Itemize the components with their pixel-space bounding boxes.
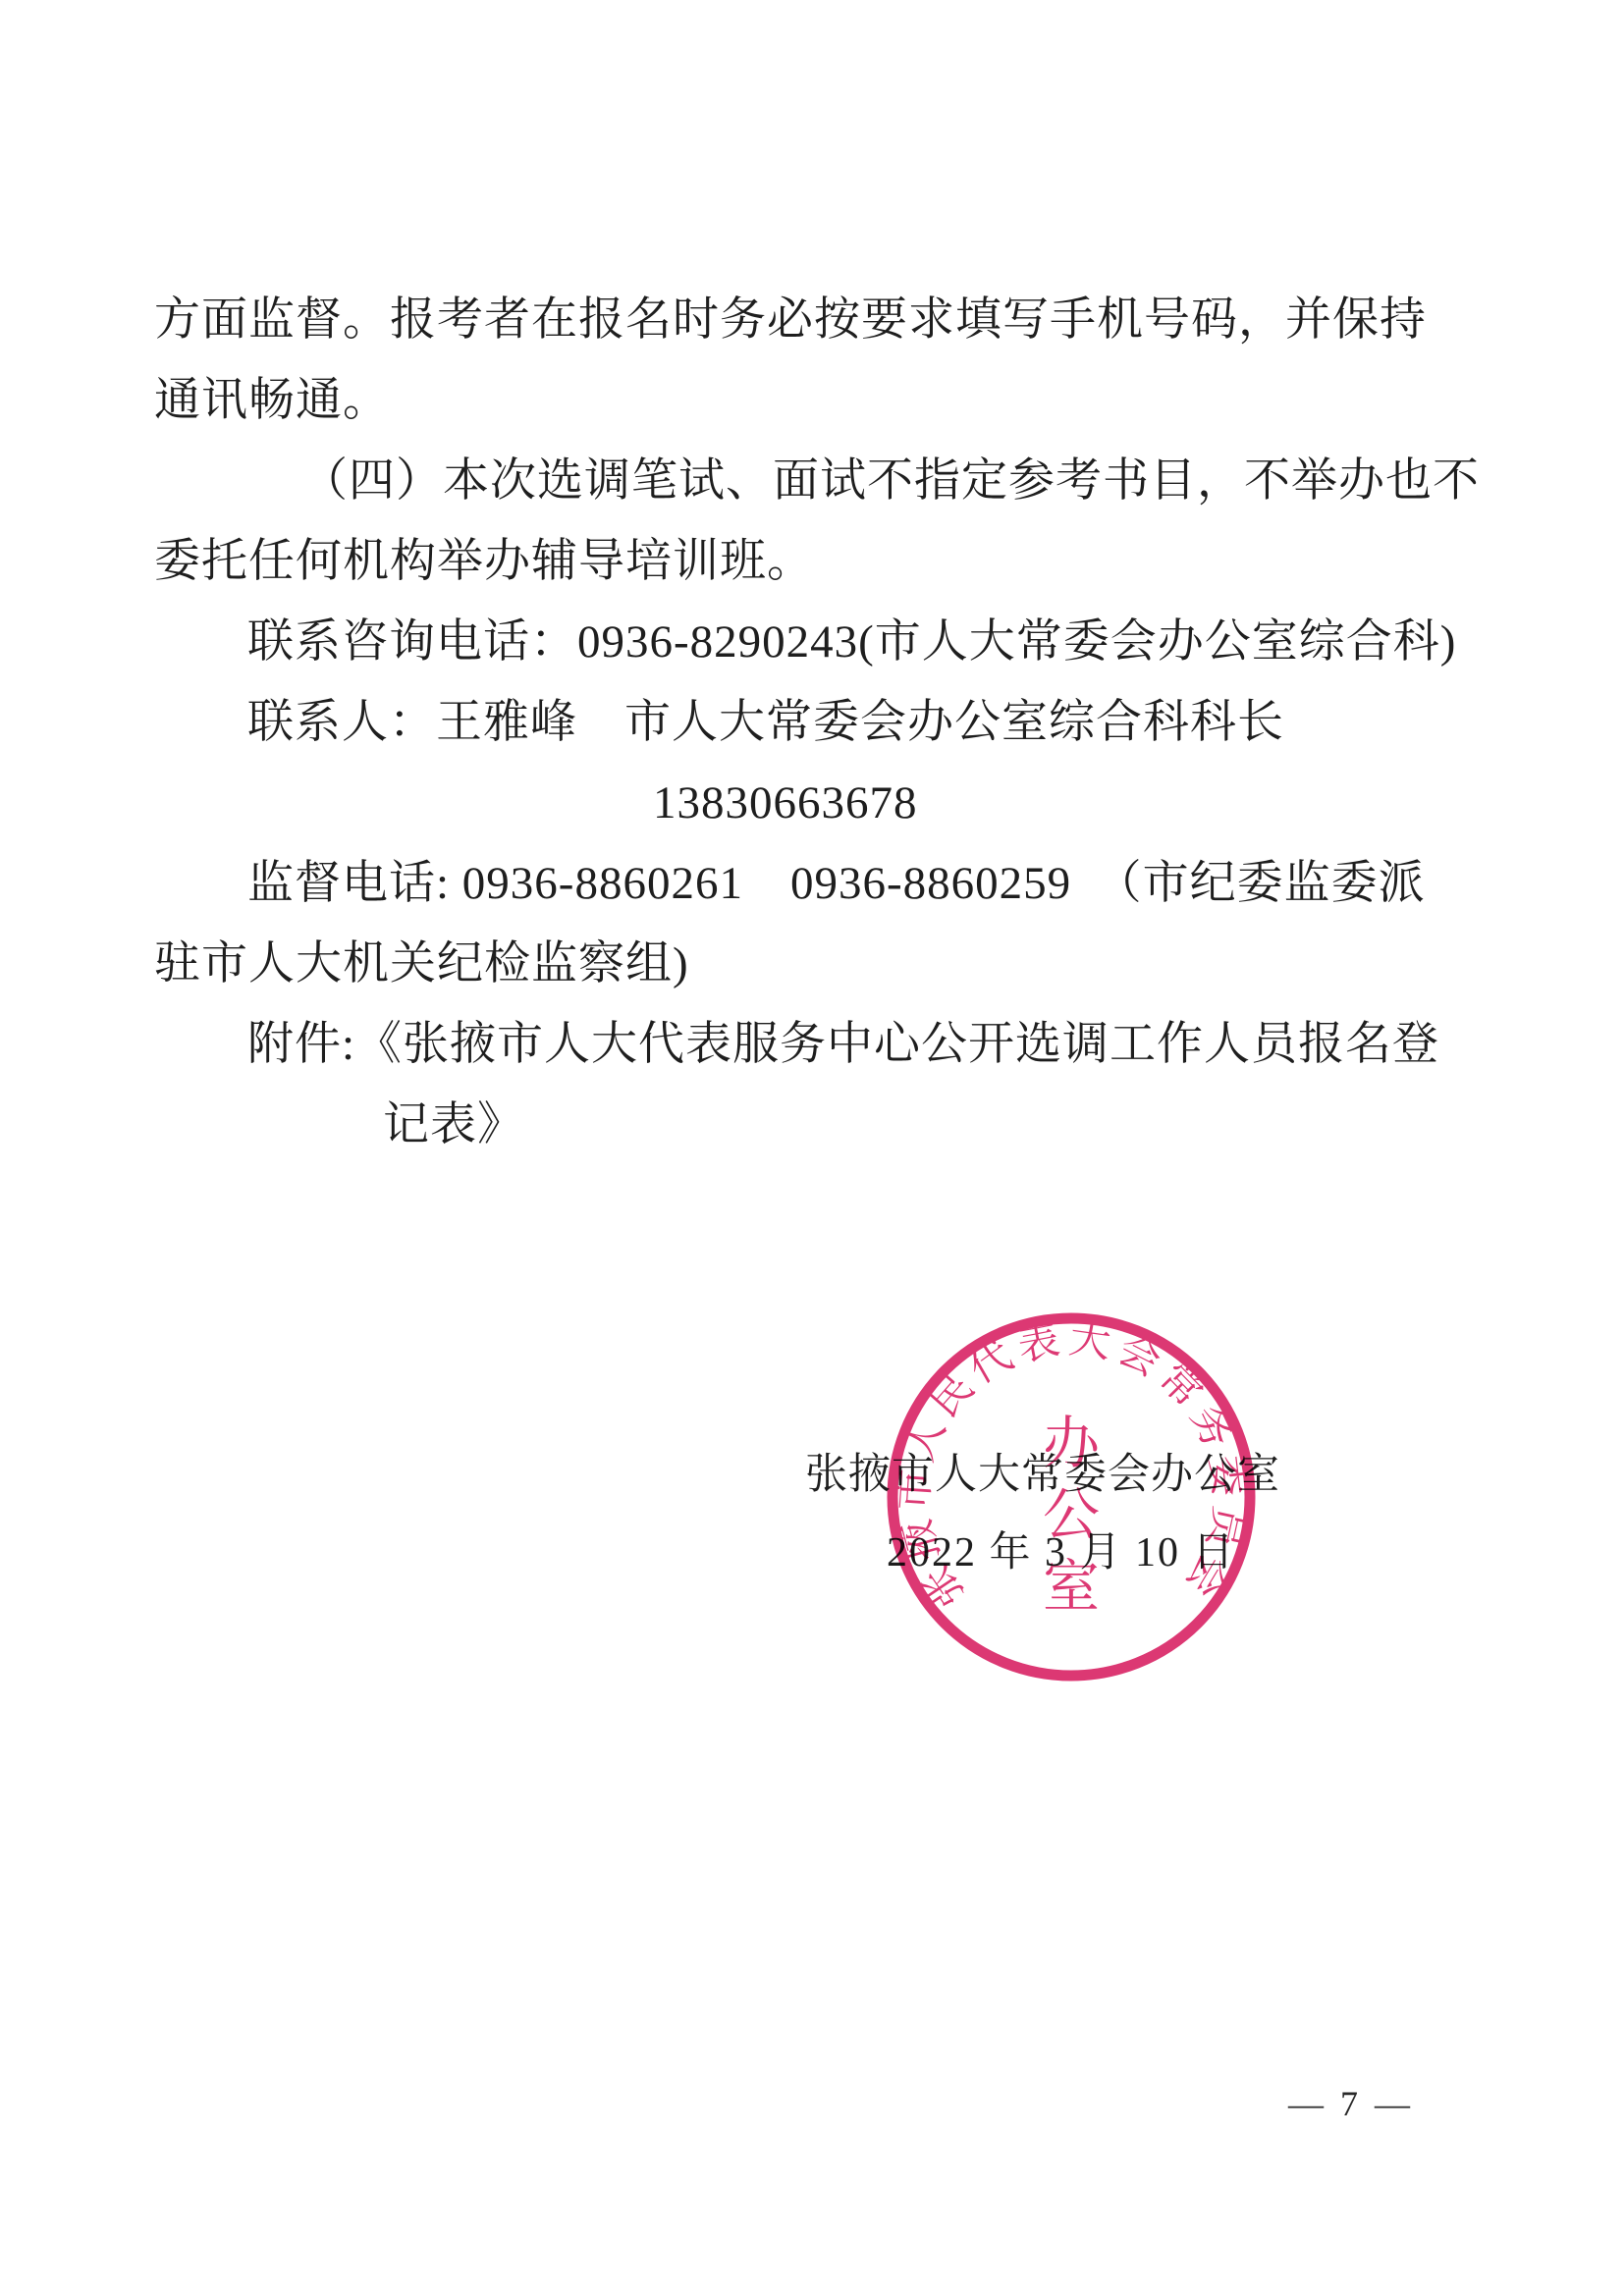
- body-line: 监督电话: 0936-8860261 0936-8860259 （市纪委监委派: [154, 843, 1470, 924]
- stamp-center-char: 办: [1043, 1412, 1102, 1475]
- body-line: 记表》: [154, 1085, 1470, 1165]
- stamp-center-char: 公: [1043, 1483, 1100, 1547]
- page-number: — 7 —: [1288, 2083, 1414, 2124]
- document-page: 方面监督。报考者在报名时务必按要求填写手机号码，并保持 通讯畅通。 （四）本次选…: [0, 0, 1624, 2296]
- document-body: 方面监督。报考者在报名时务必按要求填写手机号码，并保持 通讯畅通。 （四）本次选…: [154, 280, 1470, 1165]
- body-line: （四）本次选调笔试、面试不指定参考书目，不举办也不: [154, 441, 1470, 521]
- body-line: 13830663678: [154, 763, 1470, 843]
- body-line: 通讯畅通。: [154, 360, 1470, 441]
- body-line: 联系人：王雅峰 市人大常委会办公室综合科科长: [154, 682, 1470, 763]
- body-line: 驻市人大机关纪检监察组): [154, 924, 1470, 1004]
- body-line: 附件:《张掖市人大代表服务中心公开选调工作人员报名登: [154, 1004, 1470, 1085]
- body-line: 联系咨询电话：0936-8290243(市人大常委会办公室综合科): [154, 602, 1470, 682]
- official-seal-stamp: 张掖市人民代表大会常务委员会 办 公 室: [875, 1301, 1268, 1693]
- body-line: 委托任何机构举办辅导培训班。: [154, 521, 1470, 602]
- stamp-center-char: 室: [1043, 1555, 1100, 1619]
- body-line: 方面监督。报考者在报名时务必按要求填写手机号码，并保持: [154, 280, 1470, 360]
